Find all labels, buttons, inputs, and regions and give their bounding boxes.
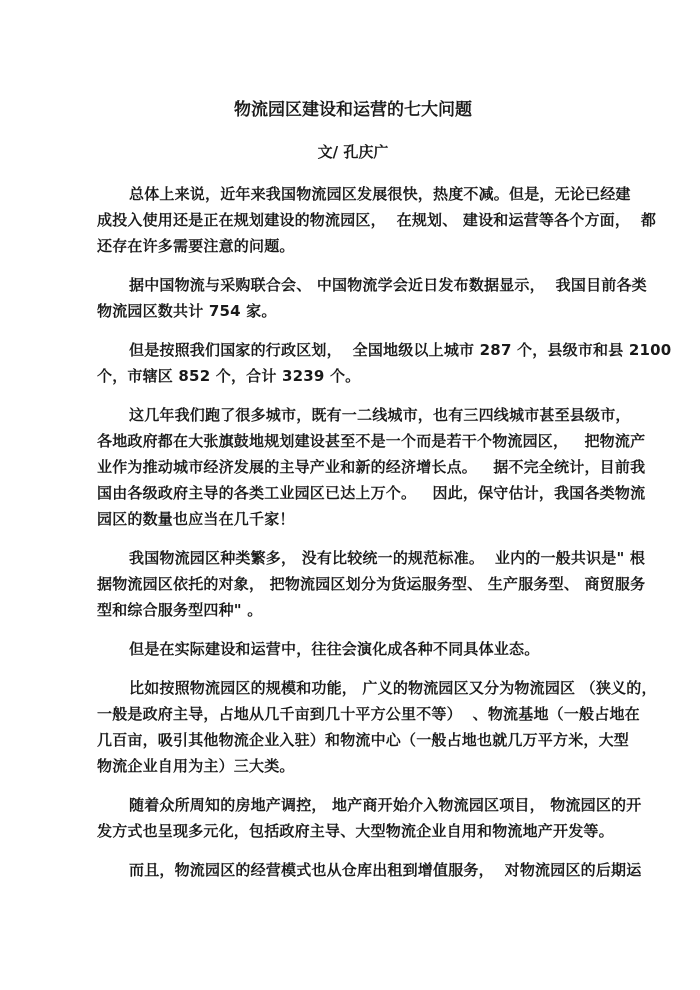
paragraph: 而且，物流园区的经营模式也从仓库出租到增值服务， 对物流园区的后期运 — [97, 857, 609, 883]
text-line: 随着众所周知的房地产调控， 地产商开始介入物流园区项目， 物流园区的开 — [97, 792, 609, 818]
text-line: 各地政府都在大张旗鼓地规划建设甚至不是一个而是若干个物流园区， 把物流产 — [97, 428, 609, 454]
byline: 文/ 孔庆广 — [97, 139, 609, 165]
paragraph: 随着众所周知的房地产调控， 地产商开始介入物流园区项目， 物流园区的开发方式也呈… — [97, 792, 609, 844]
text-line: 但是在实际建设和运营中，往往会演化成各种不同具体业态。 — [97, 636, 609, 662]
text-line: 一般是政府主导，占地从几千亩到几十平方公里不等） 、物流基地（一般占地在 — [97, 701, 609, 727]
document-body: 总体上来说，近年来我国物流园区发展很快，热度不减。但是，无论已经建成投入使用还是… — [97, 181, 609, 883]
text-line: 园区的数量也应当在几千家！ — [97, 506, 609, 532]
paragraph: 我国物流园区种类繁多， 没有比较统一的规范标准。 业内的一般共识是" 根据物流园… — [97, 545, 609, 623]
text-line: 个，市辖区 852 个，合计 3239 个。 — [97, 363, 609, 389]
paragraph: 比如按照物流园区的规模和功能， 广义的物流园区又分为物流园区 （狭义的，一般是政… — [97, 675, 609, 779]
text-line: 国由各级政府主导的各类工业园区已达上万个。 因此，保守估计，我国各类物流 — [97, 480, 609, 506]
paragraph: 据中国物流与采购联合会、 中国物流学会近日发布数据显示， 我国目前各类物流园区数… — [97, 272, 609, 324]
text-line: 这几年我们跑了很多城市，既有一二线城市，也有三四线城市甚至县级市， — [97, 402, 609, 428]
document-page: 物流园区建设和运营的七大问题 文/ 孔庆广 总体上来说，近年来我国物流园区发展很… — [0, 0, 700, 990]
text-line: 据物流园区依托的对象， 把物流园区划分为货运服务型、 生产服务型、 商贸服务 — [97, 571, 609, 597]
paragraph: 这几年我们跑了很多城市，既有一二线城市，也有三四线城市甚至县级市，各地政府都在大… — [97, 402, 609, 532]
text-line: 物流园区数共计 754 家。 — [97, 298, 609, 324]
text-line: 比如按照物流园区的规模和功能， 广义的物流园区又分为物流园区 （狭义的， — [97, 675, 609, 701]
text-line: 还存在许多需要注意的问题。 — [97, 233, 609, 259]
text-line: 而且，物流园区的经营模式也从仓库出租到增值服务， 对物流园区的后期运 — [97, 857, 609, 883]
text-line: 据中国物流与采购联合会、 中国物流学会近日发布数据显示， 我国目前各类 — [97, 272, 609, 298]
text-line: 我国物流园区种类繁多， 没有比较统一的规范标准。 业内的一般共识是" 根 — [97, 545, 609, 571]
text-line: 成投入使用还是正在规划建设的物流园区， 在规划、 建设和运营等各个方面， 都 — [97, 207, 609, 233]
paragraph: 总体上来说，近年来我国物流园区发展很快，热度不减。但是，无论已经建成投入使用还是… — [97, 181, 609, 259]
text-line: 几百亩，吸引其他物流企业入驻）和物流中心（一般占地也就几万平方米，大型 — [97, 727, 609, 753]
text-line: 物流企业自用为主）三大类。 — [97, 753, 609, 779]
text-line: 发方式也呈现多元化，包括政府主导、大型物流企业自用和物流地产开发等。 — [97, 818, 609, 844]
text-line: 总体上来说，近年来我国物流园区发展很快，热度不减。但是，无论已经建 — [97, 181, 609, 207]
document-content: 物流园区建设和运营的七大问题 文/ 孔庆广 总体上来说，近年来我国物流园区发展很… — [97, 97, 609, 883]
paragraph: 但是在实际建设和运营中，往往会演化成各种不同具体业态。 — [97, 636, 609, 662]
text-line: 但是按照我们国家的行政区划， 全国地级以上城市 287 个，县级市和县 2100 — [97, 337, 609, 363]
text-line: 型和综合服务型四种" 。 — [97, 597, 609, 623]
text-line: 业作为推动城市经济发展的主导产业和新的经济增长点。 据不完全统计，目前我 — [97, 454, 609, 480]
paragraph: 但是按照我们国家的行政区划， 全国地级以上城市 287 个，县级市和县 2100… — [97, 337, 609, 389]
document-title: 物流园区建设和运营的七大问题 — [97, 97, 609, 123]
